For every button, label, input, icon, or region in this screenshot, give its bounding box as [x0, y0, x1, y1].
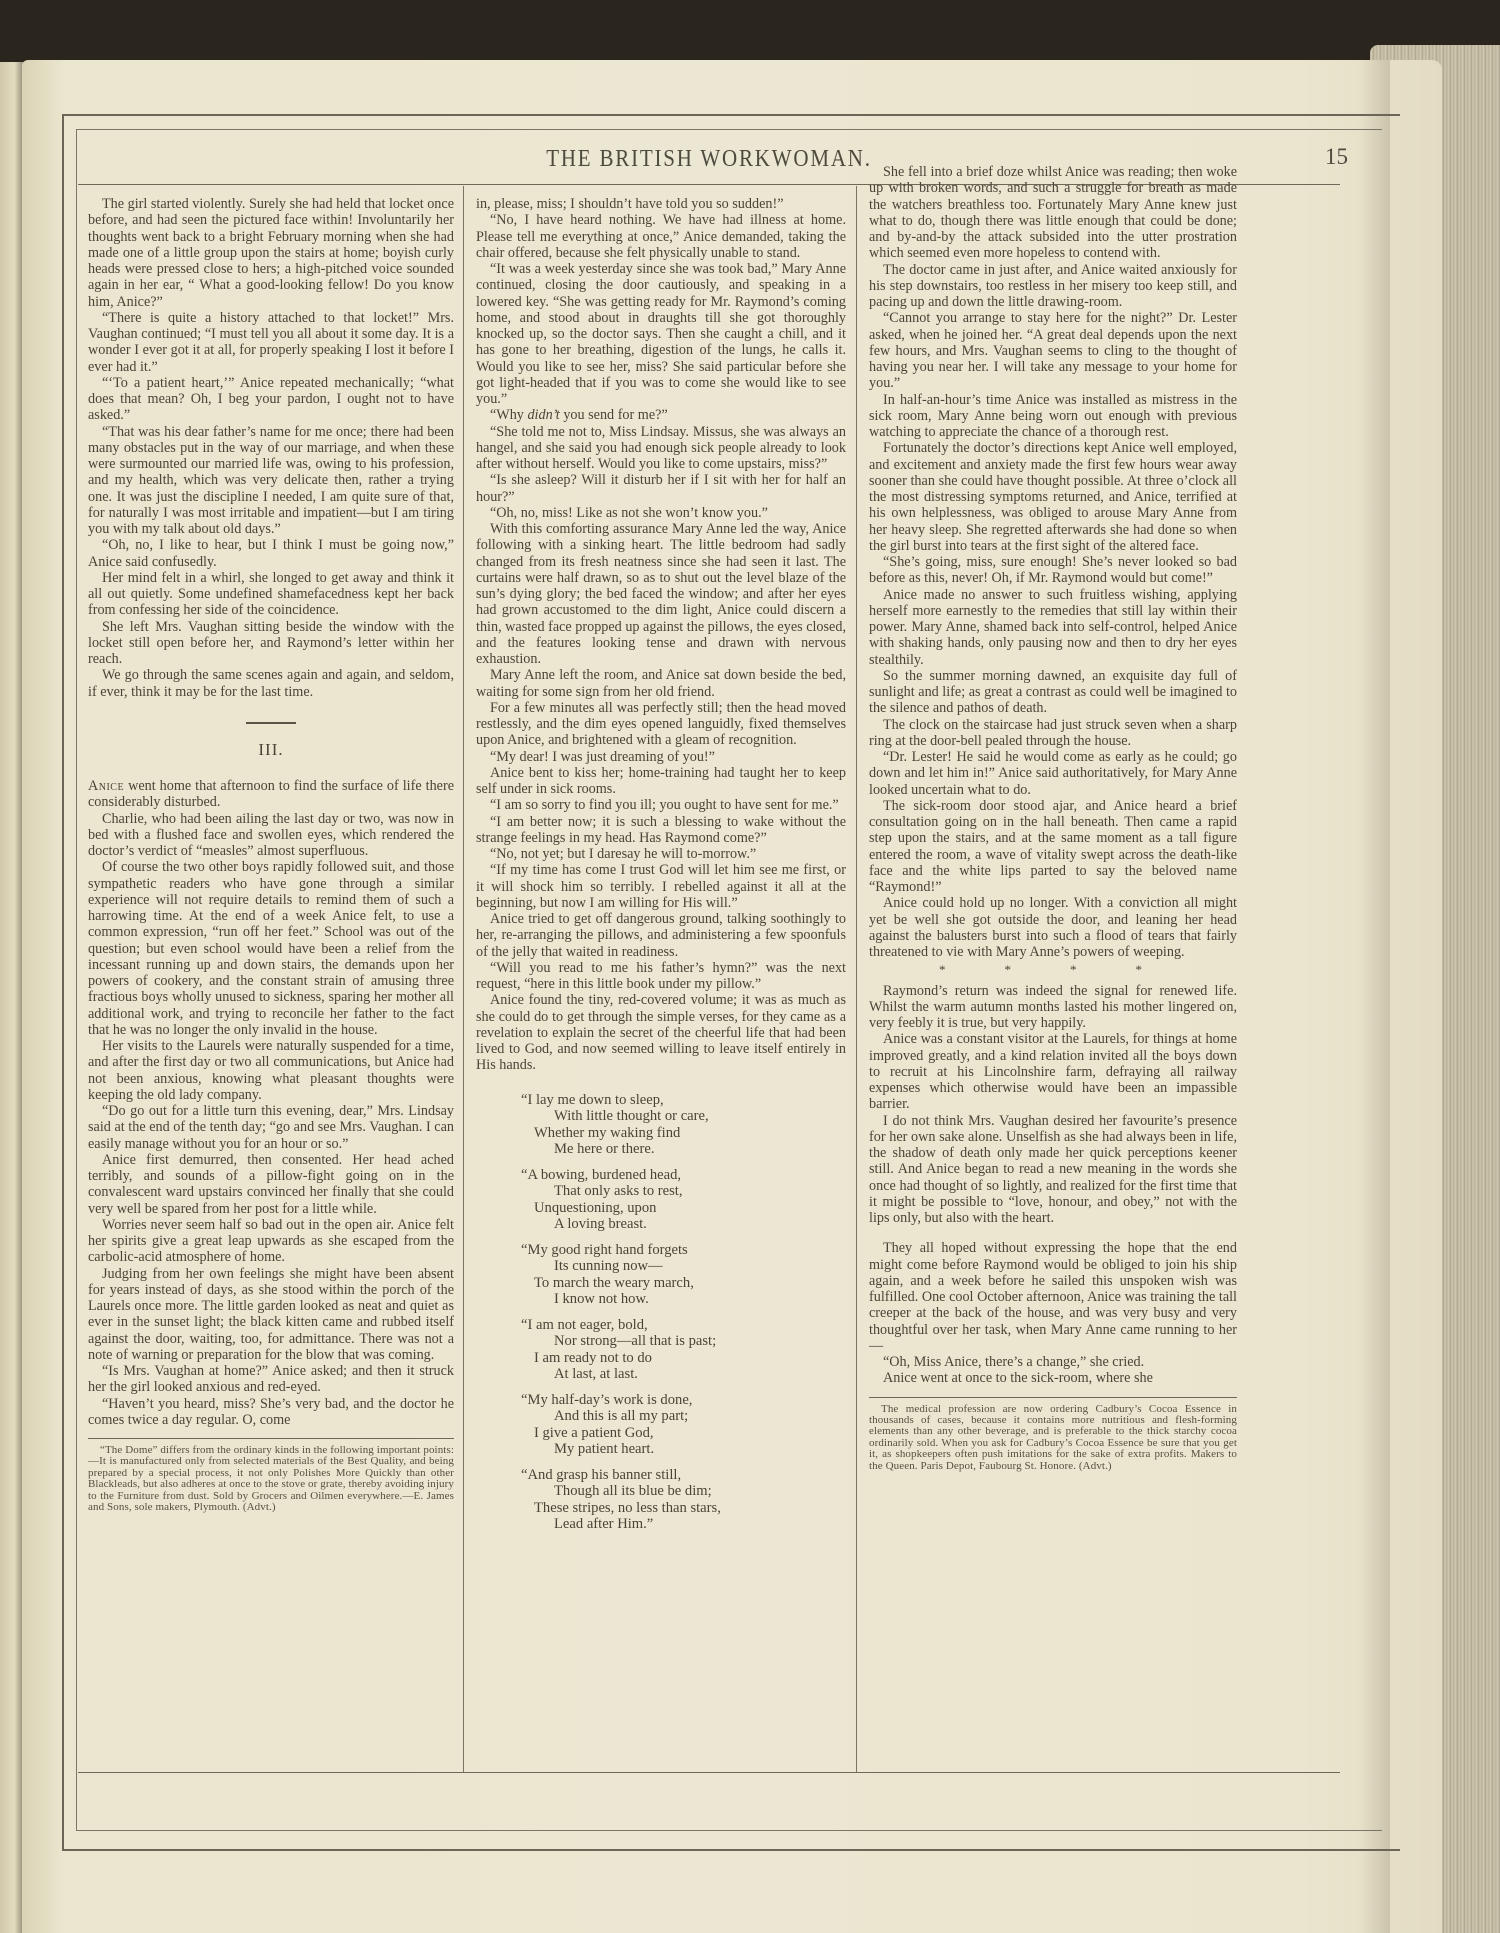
paragraph: “Cannot you arrange to stay here for the…	[869, 310, 1237, 391]
hymn-line: “My good right hand forgets	[528, 1242, 846, 1259]
hymn-line: I know not how.	[528, 1291, 846, 1308]
col1-paragraphs: The girl started violently. Surely she h…	[88, 196, 454, 700]
hymn-line: With little thought or care,	[528, 1108, 846, 1125]
advertisement-rule	[869, 1397, 1237, 1398]
paragraph: Anice bent to kiss her; home-training ha…	[476, 765, 846, 798]
paragraph: “She’s going, miss, sure enough! She’s n…	[869, 554, 1237, 587]
paragraph: Fortunately the doctor’s directions kept…	[869, 440, 1237, 554]
paragraph: “Do go out for a little turn this evenin…	[88, 1103, 454, 1152]
column-divider-2	[856, 186, 857, 1772]
hymn-line: “My half-day’s work is done,	[528, 1392, 846, 1409]
hymn-line: Nor strong—all that is past;	[528, 1333, 846, 1350]
hymn-line: Though all its blue be dim;	[528, 1483, 846, 1500]
hymn-stanza: “I am not eager, bold,Nor strong—all tha…	[528, 1317, 846, 1383]
paragraph: “Oh, no, I like to hear, but I think I m…	[88, 537, 454, 570]
paragraph: “She told me not to, Miss Lindsay. Missu…	[476, 424, 846, 473]
hymn-stanza: “My half-day’s work is done,And this is …	[528, 1392, 846, 1458]
paragraph: “I am better now; it is such a blessing …	[476, 814, 846, 847]
paragraph: “Is she asleep? Will it disturb her if I…	[476, 472, 846, 505]
paragraph: “If my time has come I trust God will le…	[476, 862, 846, 911]
paragraph: “No, I have heard nothing. We have had i…	[476, 212, 846, 261]
column-2: in, please, miss; I shouldn’t have told …	[476, 196, 846, 1542]
asterisk: *	[1070, 962, 1077, 978]
chapter-opening-word: Anice	[88, 778, 124, 794]
advertisement-text: “The Dome” differs from the ordinary kin…	[88, 1445, 454, 1513]
paragraph: “Oh, no, miss! Like as not she won’t kno…	[476, 505, 846, 521]
advertisement-cadbury-cocoa: The medical profession are now ordering …	[869, 1404, 1237, 1472]
paragraph: “It was a week yesterday since she was t…	[476, 261, 846, 407]
hymn-line: That only asks to rest,	[528, 1183, 846, 1200]
paragraph: For a few minutes all was perfectly stil…	[476, 700, 846, 749]
paragraph: We go through the same scenes again and …	[88, 667, 454, 700]
advertisement-dome-blacklead: “The Dome” differs from the ordinary kin…	[88, 1445, 454, 1513]
paragraph: “My dear! I was just dreaming of you!”	[476, 749, 846, 765]
paragraph: “That was his dear father’s name for me …	[88, 424, 454, 538]
col1-section-paragraphs: Charlie, who had been ailing the last da…	[88, 811, 454, 1429]
column-3: She fell into a brief doze whilst Anice …	[869, 164, 1237, 1472]
paragraph: Worries never seem half so bad out in th…	[88, 1217, 454, 1266]
col3-paragraphs: She fell into a brief doze whilst Anice …	[869, 164, 1237, 960]
hymn-line: “I am not eager, bold,	[528, 1317, 846, 1334]
page-number: 15	[1325, 144, 1348, 170]
paragraph: They all hoped without expressing the ho…	[869, 1240, 1237, 1354]
hymn-line: “I lay me down to sleep,	[528, 1092, 846, 1109]
col2-paragraphs: in, please, miss; I shouldn’t have told …	[476, 196, 846, 1074]
paragraph: Her visits to the Laurels were naturally…	[88, 1038, 454, 1103]
paragraph: in, please, miss; I shouldn’t have told …	[476, 196, 846, 212]
advertisement-rule	[88, 1438, 454, 1439]
hymn-line: A loving breast.	[528, 1216, 846, 1233]
paragraph: “I am so sorry to find you ill; you ough…	[476, 797, 846, 813]
paragraph: Charlie, who had been ailing the last da…	[88, 811, 454, 860]
scene-break-asterisks: * * * *	[869, 962, 1237, 978]
hymn-verses: “I lay me down to sleep,With little thou…	[528, 1092, 846, 1533]
paragraph: “No, not yet; but I daresay he will to-m…	[476, 846, 846, 862]
hymn-line: Whether my waking find	[528, 1125, 846, 1142]
chapter-opening-text: went home that afternoon to find the sur…	[88, 778, 454, 810]
col3-paragraphs-after-divider: Raymond’s return was indeed the signal f…	[869, 983, 1237, 1227]
chapter-number: III.	[88, 742, 454, 758]
paragraph: Anice made no answer to such fruitless w…	[869, 587, 1237, 668]
hymn-line: Lead after Him.”	[528, 1516, 846, 1533]
emphasis: didn’t	[527, 407, 559, 423]
asterisk: *	[1005, 962, 1012, 978]
col3-paragraphs-final: They all hoped without expressing the ho…	[869, 1240, 1237, 1386]
hymn-line: Me here or there.	[528, 1141, 846, 1158]
paragraph: With this comforting assurance Mary Anne…	[476, 521, 846, 667]
paragraph: “‘To a patient heart,’” Anice repeated m…	[88, 375, 454, 424]
hymn-line: These stripes, no less than stars,	[528, 1500, 846, 1517]
paragraph: Of course the two other boys rapidly fol…	[88, 859, 454, 1038]
hymn-line: To march the weary march,	[528, 1275, 846, 1292]
column-1: The girl started violently. Surely she h…	[88, 196, 454, 1513]
advertisement-text: The medical profession are now ordering …	[869, 1404, 1237, 1472]
paragraph: “Haven’t you heard, miss? She’s very bad…	[88, 1396, 454, 1429]
hymn-line: “A bowing, burdened head,	[528, 1167, 846, 1184]
hymn-line: I give a patient God,	[528, 1425, 846, 1442]
hymn-line: Unquestioning, upon	[528, 1200, 846, 1217]
paragraph-gap	[869, 1226, 1237, 1240]
paragraph: Anice tried to get off dangerous ground,…	[476, 911, 846, 960]
chapter-opening-paragraph: Anice went home that afternoon to find t…	[88, 778, 454, 811]
facing-page-edge	[0, 62, 24, 1933]
column-divider-1	[463, 186, 464, 1772]
paragraph: The clock on the staircase had just stru…	[869, 717, 1237, 750]
paragraph: Anice went at once to the sick-room, whe…	[869, 1370, 1237, 1386]
hymn-line: “And grasp his banner still,	[528, 1467, 846, 1484]
hymn-stanza: “And grasp his banner still,Though all i…	[528, 1467, 846, 1533]
hymn-stanza: “I lay me down to sleep,With little thou…	[528, 1092, 846, 1158]
paragraph: The sick-room door stood ajar, and Anice…	[869, 798, 1237, 896]
asterisk: *	[1136, 962, 1143, 978]
paragraph: “Dr. Lester! He said he would come as ea…	[869, 749, 1237, 798]
hymn-stanza: “My good right hand forgetsIts cunning n…	[528, 1242, 846, 1308]
paragraph: Anice could hold up no longer. With a co…	[869, 895, 1237, 960]
paragraph: Mary Anne left the room, and Anice sat d…	[476, 667, 846, 700]
hymn-line: I am ready not to do	[528, 1350, 846, 1367]
paragraph: She left Mrs. Vaughan sitting beside the…	[88, 619, 454, 668]
paragraph: She fell into a brief doze whilst Anice …	[869, 164, 1237, 262]
paragraph: So the summer morning dawned, an exquisi…	[869, 668, 1237, 717]
paragraph: Raymond’s return was indeed the signal f…	[869, 983, 1237, 1032]
paragraph: In half-an-hour’s time Anice was install…	[869, 392, 1237, 441]
asterisk: *	[939, 962, 946, 978]
paragraph: The girl started violently. Surely she h…	[88, 196, 454, 310]
section-break-rule	[246, 722, 296, 724]
paragraph: “Will you read to me his father’s hymn?”…	[476, 960, 846, 993]
paragraph: “Why didn’t you send for me?”	[476, 407, 846, 423]
hymn-line: My patient heart.	[528, 1441, 846, 1458]
bottom-rule	[78, 1772, 1340, 1773]
paragraph: I do not think Mrs. Vaughan desired her …	[869, 1113, 1237, 1227]
hymn-stanza: “A bowing, burdened head,That only asks …	[528, 1167, 846, 1233]
hymn-line: And this is all my part;	[528, 1408, 846, 1425]
paragraph: Judging from her own feelings she might …	[88, 1266, 454, 1364]
hymn-line: Its cunning now—	[528, 1258, 846, 1275]
paragraph: Anice found the tiny, red-covered volume…	[476, 992, 846, 1073]
hymn-line: At last, at last.	[528, 1366, 846, 1383]
paragraph: “There is quite a history attached to th…	[88, 310, 454, 375]
paragraph: “Is Mrs. Vaughan at home?” Anice asked; …	[88, 1363, 454, 1396]
paragraph: Anice was a constant visitor at the Laur…	[869, 1031, 1237, 1112]
paragraph: The doctor came in just after, and Anice…	[869, 262, 1237, 311]
paragraph: Anice first demurred, then consented. He…	[88, 1152, 454, 1217]
paragraph: Her mind felt in a whirl, she longed to …	[88, 570, 454, 619]
paragraph: “Oh, Miss Anice, there’s a change,” she …	[869, 1354, 1237, 1370]
